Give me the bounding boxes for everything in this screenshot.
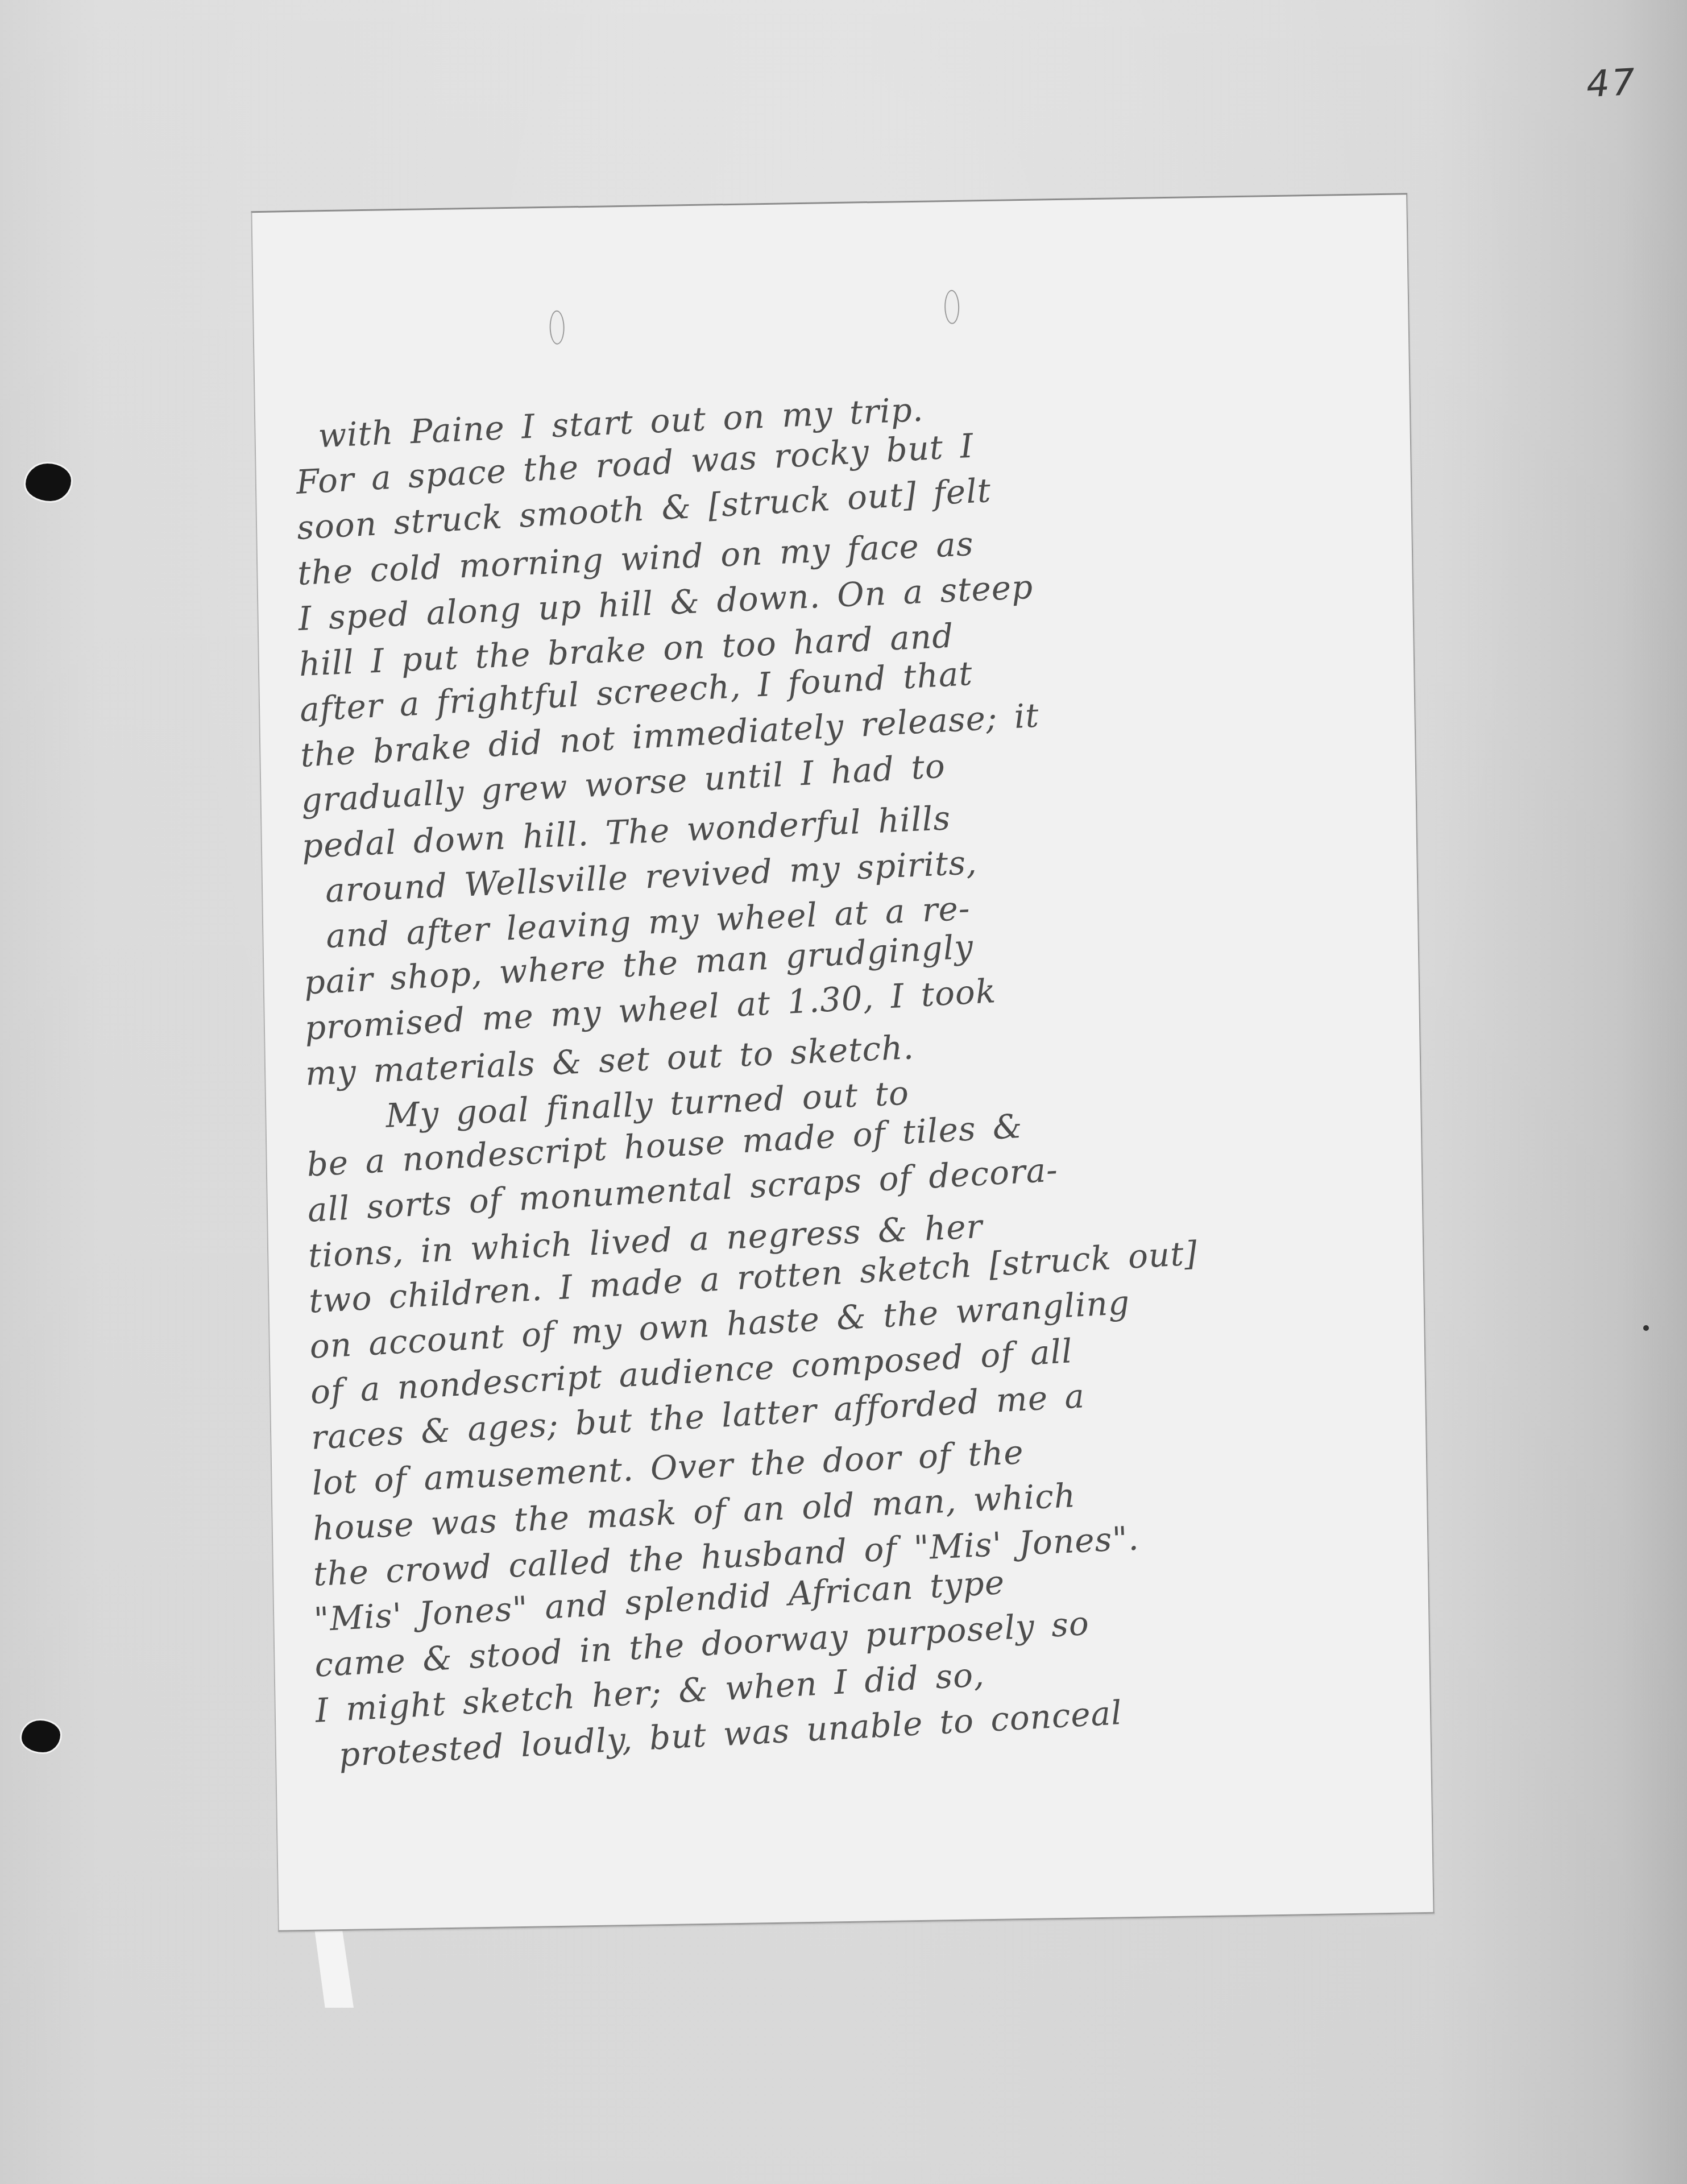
binder-hole-top bbox=[26, 464, 71, 501]
manuscript-sheet: with Paine I start out on my trip. For a… bbox=[251, 193, 1434, 1932]
binder-hole-bottom bbox=[22, 1720, 60, 1752]
handwritten-text: with Paine I start out on my trip. For a… bbox=[295, 397, 1396, 1779]
dust-speck bbox=[1643, 1325, 1649, 1331]
punch-hole-left bbox=[549, 311, 565, 345]
page-number: 47 bbox=[1585, 61, 1638, 106]
punch-hole-right bbox=[944, 290, 960, 324]
